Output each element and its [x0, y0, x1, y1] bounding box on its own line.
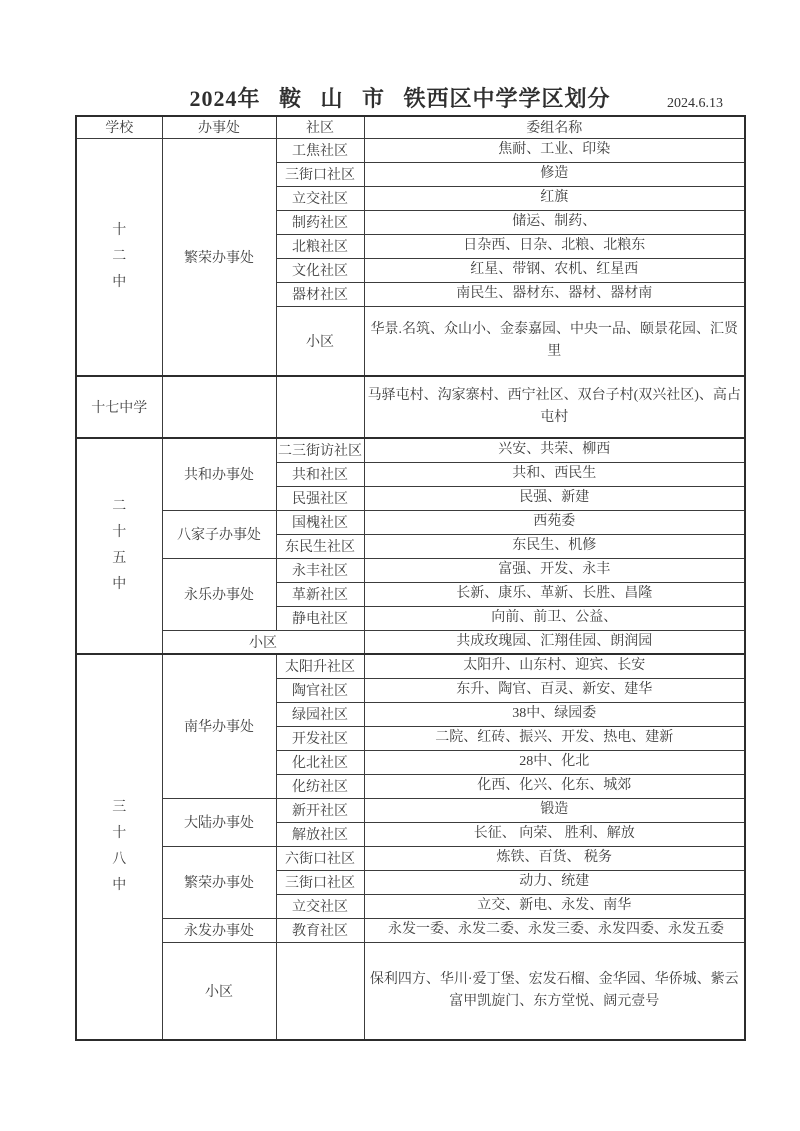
- community-cell: 绿园社区: [276, 702, 364, 726]
- names-cell: 红旗: [364, 186, 745, 210]
- names-cell: 兴安、共荣、柳西: [364, 438, 745, 462]
- community-cell: 文化社区: [276, 258, 364, 282]
- header-school: 学校: [76, 116, 162, 138]
- school-name-vertical: 三十八中: [111, 795, 127, 899]
- names-cell: 向前、前卫、公益、: [364, 606, 745, 630]
- table-row: 繁荣办事处 六街口社区 炼铁、百货、 税务: [76, 846, 745, 870]
- names-cell: 28中、化北: [364, 750, 745, 774]
- school-cell-25: 二十五中: [76, 438, 162, 654]
- community-cell: 二三街访社区: [276, 438, 364, 462]
- names-cell: 马驿屯村、沟家寨村、西宁社区、双台子村(双兴社区)、高占屯村: [364, 376, 745, 438]
- names-cell: 华景.名筑、众山小、金泰嘉园、中央一品、颐景花园、汇贤里: [364, 306, 745, 376]
- names-cell: 东民生、机修: [364, 534, 745, 558]
- office-cell: 繁荣办事处: [162, 846, 276, 918]
- office-cell: 共和办事处: [162, 438, 276, 510]
- names-cell: 南民生、器材东、器材、器材南: [364, 282, 745, 306]
- community-cell: 永丰社区: [276, 558, 364, 582]
- names-cell: 二院、红砖、振兴、开发、热电、建新: [364, 726, 745, 750]
- names-cell: 修造: [364, 162, 745, 186]
- office-cell: 永乐办事处: [162, 558, 276, 630]
- table-row: 八家子办事处 国槐社区 西苑委: [76, 510, 745, 534]
- community-cell: 化纺社区: [276, 774, 364, 798]
- document-date: 2024.6.13: [667, 96, 723, 112]
- names-cell: 太阳升、山东村、迎宾、长安: [364, 654, 745, 678]
- xiaoqu-label-cell: 小区: [276, 306, 364, 376]
- names-cell: 富强、开发、永丰: [364, 558, 745, 582]
- school-name-vertical: 十二中: [111, 218, 127, 296]
- office-cell: 八家子办事处: [162, 510, 276, 558]
- header-committee-names: 委组名称: [364, 116, 745, 138]
- names-cell: 储运、制药、: [364, 210, 745, 234]
- names-cell: 保利四方、华川·爱丁堡、宏发石榴、金华园、华侨城、紫云富甲凯旋门、东方堂悦、阔元…: [364, 942, 745, 1040]
- community-cell: 器材社区: [276, 282, 364, 306]
- school-name-vertical: 二十五中: [111, 494, 127, 598]
- community-cell: 三街口社区: [276, 870, 364, 894]
- table-row: 大陆办事处 新开社区 锻造: [76, 798, 745, 822]
- names-cell: 日杂西、日杂、北粮、北粮东: [364, 234, 745, 258]
- names-cell: 焦耐、工业、印染: [364, 138, 745, 162]
- table-row: 十七中学 马驿屯村、沟家寨村、西宁社区、双台子村(双兴社区)、高占屯村: [76, 376, 745, 438]
- community-cell: 共和社区: [276, 462, 364, 486]
- community-cell: 教育社区: [276, 918, 364, 942]
- xiaoqu-label-cell: 小区: [162, 942, 276, 1040]
- table-row: 小区 保利四方、华川·爱丁堡、宏发石榴、金华园、华侨城、紫云富甲凯旋门、东方堂悦…: [76, 942, 745, 1040]
- community-cell: 民强社区: [276, 486, 364, 510]
- community-cell: 陶官社区: [276, 678, 364, 702]
- table-row: 十二中 繁荣办事处 工焦社区 焦耐、工业、印染: [76, 138, 745, 162]
- names-cell: 炼铁、百货、 税务: [364, 846, 745, 870]
- office-cell-empty: [162, 376, 276, 438]
- community-cell: 国槐社区: [276, 510, 364, 534]
- names-cell: 立交、新电、永发、南华: [364, 894, 745, 918]
- names-cell: 共成玫瑰园、汇翔佳园、朗润园: [364, 630, 745, 654]
- community-cell: 静电社区: [276, 606, 364, 630]
- community-cell: 东民生社区: [276, 534, 364, 558]
- community-cell-empty: [276, 376, 364, 438]
- table-header-row: 学校 办事处 社区 委组名称: [76, 116, 745, 138]
- names-cell: 红星、带钢、农机、红星西: [364, 258, 745, 282]
- table-row: 永发办事处 教育社区 永发一委、永发二委、永发三委、永发四委、永发五委: [76, 918, 745, 942]
- community-cell: 立交社区: [276, 894, 364, 918]
- community-cell: 立交社区: [276, 186, 364, 210]
- xiaoqu-label-cell: 小区: [162, 630, 364, 654]
- community-cell: 开发社区: [276, 726, 364, 750]
- district-table-wrapper: 学校 办事处 社区 委组名称 十二中 繁荣办事处 工焦社区 焦耐、工业、印染 三…: [75, 115, 746, 1041]
- school-cell-17: 十七中学: [76, 376, 162, 438]
- names-cell: 永发一委、永发二委、永发三委、永发四委、永发五委: [364, 918, 745, 942]
- names-cell: 民强、新建: [364, 486, 745, 510]
- names-cell: 长征、 向荣、 胜利、解放: [364, 822, 745, 846]
- community-cell: 革新社区: [276, 582, 364, 606]
- community-cell: 北粮社区: [276, 234, 364, 258]
- district-table: 学校 办事处 社区 委组名称 十二中 繁荣办事处 工焦社区 焦耐、工业、印染 三…: [75, 115, 746, 1041]
- office-cell: 大陆办事处: [162, 798, 276, 846]
- community-cell: 工焦社区: [276, 138, 364, 162]
- community-cell: 新开社区: [276, 798, 364, 822]
- table-row: 三十八中 南华办事处 太阳升社区 太阳升、山东村、迎宾、长安: [76, 654, 745, 678]
- header-community: 社区: [276, 116, 364, 138]
- office-cell: 永发办事处: [162, 918, 276, 942]
- community-cell: 解放社区: [276, 822, 364, 846]
- table-row: 永乐办事处 永丰社区 富强、开发、永丰: [76, 558, 745, 582]
- community-cell: 六街口社区: [276, 846, 364, 870]
- names-cell: 东升、陶官、百灵、新安、建华: [364, 678, 745, 702]
- community-cell: 三街口社区: [276, 162, 364, 186]
- community-cell: 制药社区: [276, 210, 364, 234]
- names-cell: 共和、西民生: [364, 462, 745, 486]
- office-cell: 繁荣办事处: [162, 138, 276, 376]
- office-cell: 南华办事处: [162, 654, 276, 798]
- table-row: 小区 共成玫瑰园、汇翔佳园、朗润园: [76, 630, 745, 654]
- community-cell: 太阳升社区: [276, 654, 364, 678]
- header-office: 办事处: [162, 116, 276, 138]
- community-cell: 化北社区: [276, 750, 364, 774]
- document-page: 2024年 鞍 山 市 铁西区中学学区划分 2024.6.13 学校 办事处 社…: [0, 0, 800, 1131]
- names-cell: 化西、化兴、化东、城郊: [364, 774, 745, 798]
- school-cell-12: 十二中: [76, 138, 162, 376]
- names-cell: 锻造: [364, 798, 745, 822]
- school-cell-38: 三十八中: [76, 654, 162, 1040]
- community-cell-empty: [276, 942, 364, 1040]
- table-row: 二十五中 共和办事处 二三街访社区 兴安、共荣、柳西: [76, 438, 745, 462]
- names-cell: 动力、统建: [364, 870, 745, 894]
- names-cell: 38中、绿园委: [364, 702, 745, 726]
- names-cell: 西苑委: [364, 510, 745, 534]
- names-cell: 长新、康乐、革新、长胜、昌隆: [364, 582, 745, 606]
